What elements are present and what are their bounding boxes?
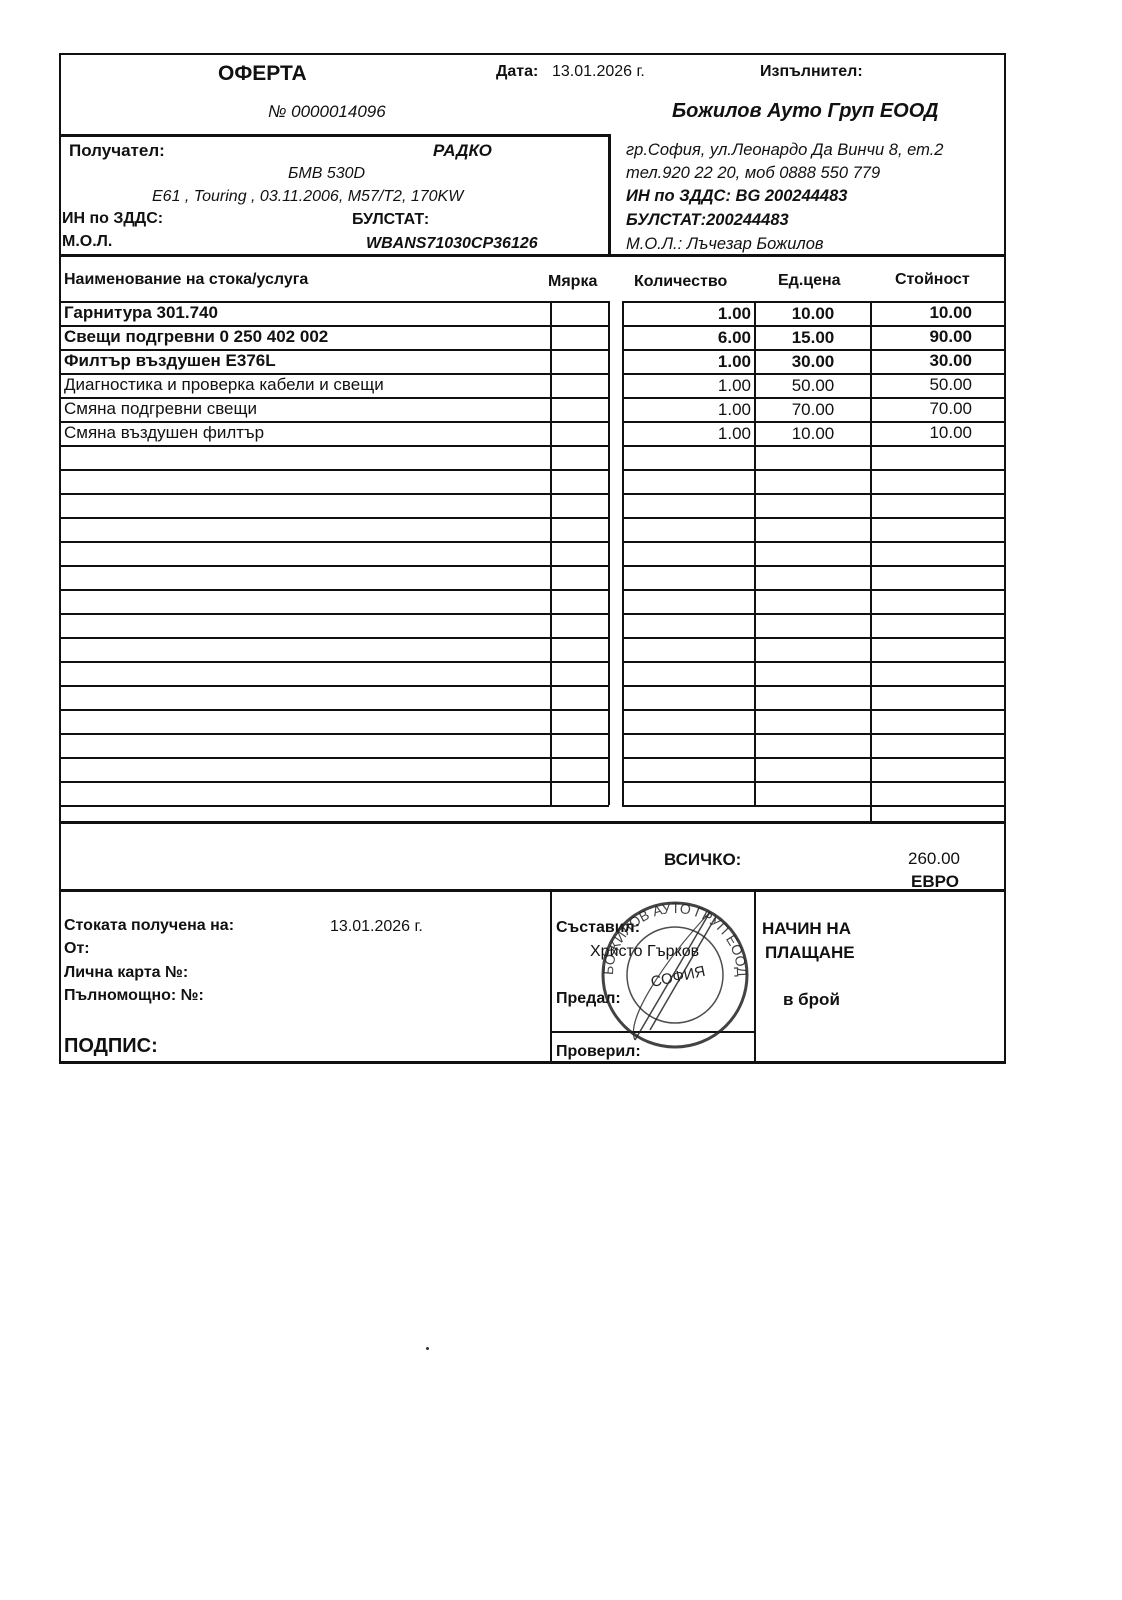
signature-label: ПОДПИС:: [64, 1035, 158, 1058]
col-header-name: Наименование на стока/услуга: [64, 271, 308, 289]
item-price: 10.00: [756, 424, 870, 444]
item-name: Смяна подгревни свещи: [64, 399, 257, 419]
document-title: ОФЕРТА: [218, 62, 307, 86]
row-divider: [61, 781, 609, 783]
item-price: 70.00: [756, 400, 870, 420]
executor-vat: ИН по ЗДДС: BG 200244483: [626, 187, 847, 206]
id-card-label: Лична карта №:: [64, 964, 188, 982]
item-total: 10.00: [872, 303, 972, 323]
col-header-total: Стойност: [895, 271, 970, 289]
col-header-price: Ед.цена: [778, 272, 841, 290]
item-price: 30.00: [756, 352, 870, 372]
company-stamp-icon: БОЖИЛОВ АУТО ГРУП ЕООД СОФИЯ: [595, 900, 755, 1050]
row-divider: [61, 541, 609, 543]
row-divider: [61, 637, 609, 639]
divider: [59, 1061, 1006, 1064]
executor-phone: тел.920 22 20, моб 0888 550 779: [626, 164, 880, 183]
row-divider: [61, 517, 609, 519]
divider: [59, 254, 1006, 257]
item-qty: 1.00: [624, 304, 751, 324]
vehicle-vin: WBANS71030CP36126: [366, 235, 538, 253]
item-total: 90.00: [872, 327, 972, 347]
divider: [59, 134, 610, 137]
executor-label: Изпълнител:: [760, 63, 863, 81]
row-divider: [622, 757, 1006, 759]
item-name: Смяна въздушен филтър: [64, 423, 264, 443]
document-number: № 0000014096: [268, 102, 386, 122]
row-divider: [622, 661, 1006, 663]
table-row: Смяна въздушен филтър1.0010.0010.00: [61, 423, 1006, 445]
executor-address: гр.София, ул.Леонардо Да Винчи 8, ет.2: [626, 141, 943, 160]
row-divider: [622, 637, 1006, 639]
received-date: 13.01.2026 г.: [330, 918, 423, 936]
row-divider: [622, 685, 1006, 687]
item-qty: 1.00: [624, 376, 751, 396]
payment-label-line1: НАЧИН НА: [762, 919, 851, 939]
divider: [59, 821, 1006, 824]
item-price: 50.00: [756, 376, 870, 396]
recipient-name: РАДКО: [433, 141, 492, 161]
from-label: От:: [64, 940, 90, 958]
table-row: Смяна подгревни свещи1.0070.0070.00: [61, 399, 1006, 421]
row-divider: [61, 589, 609, 591]
proxy-label: Пълномощно: №:: [64, 987, 204, 1005]
row-divider: [61, 469, 609, 471]
svg-text:БОЖИЛОВ АУТО ГРУП ЕООД: БОЖИЛОВ АУТО ГРУП ЕООД: [600, 900, 750, 977]
executor-company: Божилов Ауто Груп ЕООД: [672, 100, 938, 123]
item-price: 15.00: [756, 328, 870, 348]
date-value: 13.01.2026 г.: [552, 63, 645, 81]
row-divider: [61, 445, 609, 447]
row-divider: [61, 709, 609, 711]
recipient-bulstat-label: БУЛСТАТ:: [352, 211, 429, 229]
row-divider: [61, 685, 609, 687]
table-row: Диагностика и проверка кабели и свещи1.0…: [61, 375, 1006, 397]
received-label: Стоката получена на:: [64, 917, 234, 935]
table-row: Свещи подгревни 0 250 402 0026.0015.0090…: [61, 327, 1006, 349]
date-label: Дата:: [496, 63, 538, 81]
vehicle-details: E61 , Touring , 03.11.2006, M57/T2, 170K…: [152, 188, 463, 206]
item-name: Свещи подгревни 0 250 402 002: [64, 327, 328, 347]
row-divider: [622, 517, 1006, 519]
row-divider: [622, 805, 1006, 807]
divider: [550, 891, 552, 1063]
executor-mol: М.О.Л.: Лъчезар Божилов: [626, 235, 824, 254]
row-divider: [622, 733, 1006, 735]
divider: [608, 134, 611, 255]
item-total: 70.00: [872, 399, 972, 419]
row-divider: [622, 541, 1006, 543]
row-divider: [61, 805, 609, 807]
item-qty: 1.00: [624, 352, 751, 372]
item-total: 10.00: [872, 423, 972, 443]
recipient-label: Получател:: [69, 141, 165, 161]
item-name: Филтър въздушен E376L: [64, 351, 276, 371]
row-divider: [622, 493, 1006, 495]
item-qty: 6.00: [624, 328, 751, 348]
row-divider: [61, 757, 609, 759]
payment-label-line2: ПЛАЩАНЕ: [765, 943, 855, 963]
item-qty: 1.00: [624, 400, 751, 420]
item-name: Диагностика и проверка кабели и свещи: [64, 375, 384, 395]
row-divider: [622, 589, 1006, 591]
item-qty: 1.00: [624, 424, 751, 444]
scan-speck: [426, 1347, 429, 1350]
recipient-vat-label: ИН по ЗДДС:: [62, 210, 163, 228]
row-divider: [622, 709, 1006, 711]
row-divider: [622, 469, 1006, 471]
row-divider: [61, 661, 609, 663]
row-divider: [61, 613, 609, 615]
col-header-qty: Количество: [634, 273, 727, 291]
recipient-mol-label: М.О.Л.: [62, 233, 112, 251]
total-label: ВСИЧКО:: [664, 850, 741, 870]
item-total: 30.00: [872, 351, 972, 371]
row-divider: [61, 493, 609, 495]
row-divider: [622, 445, 1006, 447]
row-divider: [622, 781, 1006, 783]
total-value: 260.00: [908, 849, 960, 869]
executor-bulstat: БУЛСТАТ:200244483: [626, 211, 789, 230]
row-divider: [622, 565, 1006, 567]
item-price: 10.00: [756, 304, 870, 324]
item-total: 50.00: [872, 375, 972, 395]
vehicle-model: БМВ 530D: [288, 165, 365, 183]
col-header-unit: Мярка: [548, 273, 597, 291]
row-divider: [622, 613, 1006, 615]
divider: [59, 889, 1006, 892]
row-divider: [61, 565, 609, 567]
table-row: Филтър въздушен E376L1.0030.0030.00: [61, 351, 1006, 373]
offer-document: ОФЕРТА № 0000014096 Дата: 13.01.2026 г. …: [0, 0, 1122, 1600]
table-row: Гарнитура 301.7401.0010.0010.00: [61, 303, 1006, 325]
payment-method: в брой: [783, 990, 840, 1010]
row-divider: [61, 733, 609, 735]
item-name: Гарнитура 301.740: [64, 303, 218, 323]
